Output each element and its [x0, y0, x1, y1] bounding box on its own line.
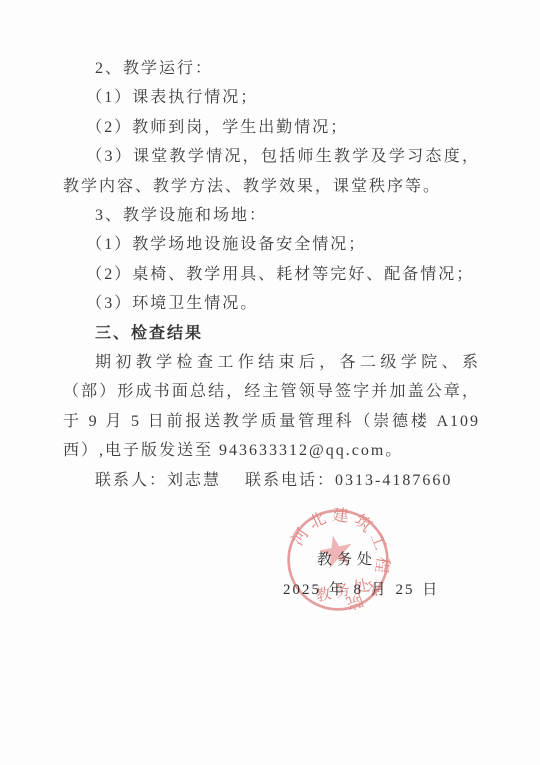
paragraph-item-2-2: （2）教师到岗，学生出勤情况；	[63, 113, 480, 142]
paragraph-item-3-2: （2）桌椅、教学用具、耗材等完好、配备情况；	[63, 260, 480, 289]
document-body: 2、教学运行： （1）课表执行情况； （2）教师到岗，学生出勤情况； （3）课堂…	[63, 54, 480, 495]
signature-date: 2025 年 8 月 25 日	[283, 578, 439, 599]
signature-department: 教务处	[317, 548, 377, 569]
paragraph-item-2-3: （3）课堂教学情况，包括师生教学及学习态度，教学内容、教学方法、教学效果，课堂秩…	[63, 142, 480, 201]
paragraph-section-3-title: 3、教学设施和场地：	[63, 201, 480, 230]
document-page: 2、教学运行： （1）课表执行情况； （2）教师到岗，学生出勤情况； （3）课堂…	[0, 0, 540, 765]
paragraph-item-3-1: （1）教学场地设施设备安全情况；	[63, 230, 480, 259]
paragraph-section-2-title: 2、教学运行：	[63, 54, 480, 83]
paragraph-contact-info: 联系人：刘志慧 联系电话：0313-4187660	[63, 466, 480, 495]
paragraph-results-body: 期初教学检查工作结束后，各二级学院、系（部）形成书面总结，经主管领导签字并加盖公…	[63, 348, 480, 466]
section-heading-results: 三、检查结果	[63, 319, 480, 348]
paragraph-item-3-3: （3）环境卫生情况。	[63, 289, 480, 318]
paragraph-item-2-1: （1）课表执行情况；	[63, 83, 480, 112]
